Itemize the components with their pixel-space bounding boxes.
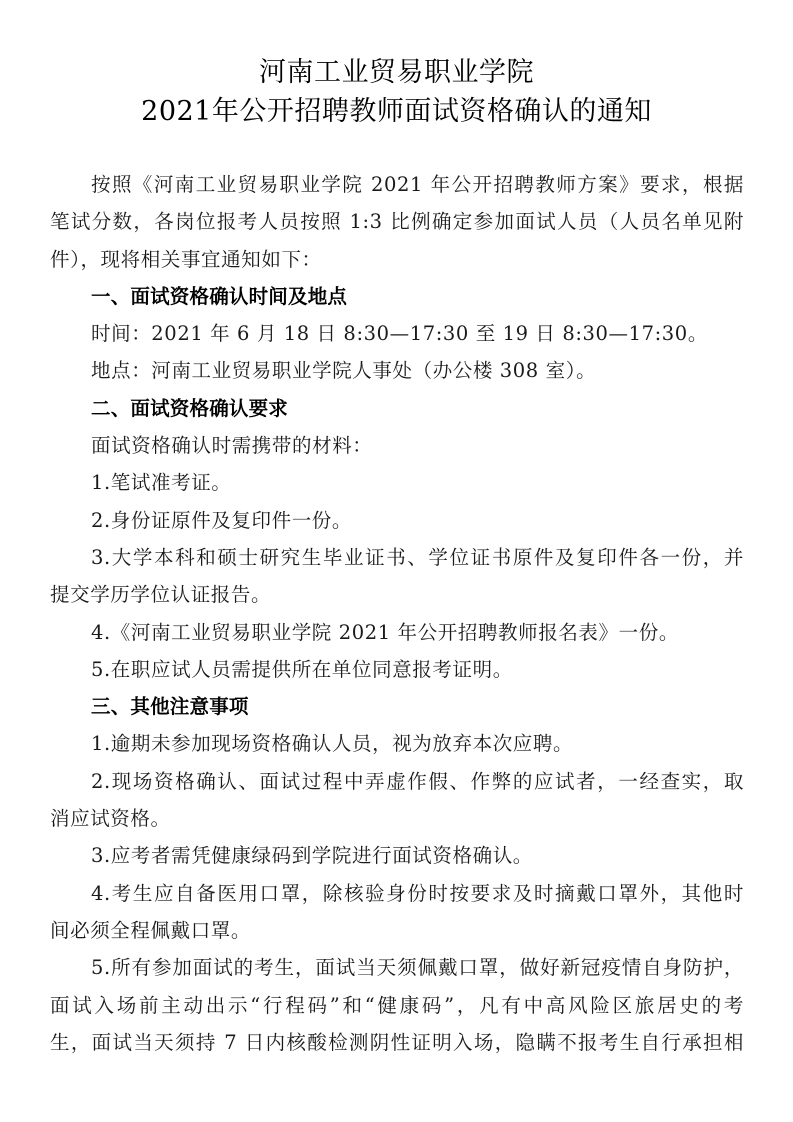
document-title-line2: 2021年公开招聘教师面试资格确认的通知 — [0, 89, 793, 128]
requirement-item: 4.《河南工业贸易职业学院 2021 年公开招聘教师报名表》一份。 — [50, 614, 744, 651]
requirement-item: 2.身份证原件及复印件一份。 — [50, 502, 744, 539]
note-item-continued: 间必须全程佩戴口罩。 — [50, 912, 744, 949]
section-heading-time-place: 一、面试资格确认时间及地点 — [50, 278, 744, 315]
note-item: 4.考生应自备医用口罩，除核验身份时按要求及时摘戴口罩外，其他时 — [50, 875, 744, 912]
intro-paragraph-line: 笔试分数，各岗位报考人员按照 1:3 比例确定参加面试人员（人员名单见附 — [50, 203, 744, 240]
document-page: 河南工业贸易职业学院 2021年公开招聘教师面试资格确认的通知 按照《河南工业贸… — [0, 0, 793, 1122]
section-heading-notes: 三、其他注意事项 — [50, 688, 744, 725]
section-heading-requirements: 二、面试资格确认要求 — [50, 390, 744, 427]
note-item: 1.逾期未参加现场资格确认人员，视为放弃本次应聘。 — [50, 725, 744, 762]
document-body: 按照《河南工业贸易职业学院 2021 年公开招聘教师方案》要求，根据 笔试分数，… — [50, 166, 744, 1061]
note-item: 2.现场资格确认、面试过程中弄虚作假、作弊的应试者，一经查实，取 — [50, 763, 744, 800]
note-item: 3.应考者需凭健康绿码到学院进行面试资格确认。 — [50, 837, 744, 874]
note-item-continued: 生，面试当天须持 7 日内核酸检测阴性证明入场，隐瞒不报考生自行承担相 — [50, 1024, 744, 1061]
requirement-item: 5.在职应试人员需提供所在单位同意报考证明。 — [50, 651, 744, 688]
place-text: 地点：河南工业贸易职业学院人事处（办公楼 308 室）。 — [50, 352, 744, 389]
note-item-continued: 面试入场前主动出示“行程码”和“健康码”，凡有中高风险区旅居史的考 — [50, 987, 744, 1024]
note-item: 5.所有参加面试的考生，面试当天须佩戴口罩，做好新冠疫情自身防护， — [50, 949, 744, 986]
requirements-lead: 面试资格确认时需携带的材料： — [50, 427, 744, 464]
time-text: 时间：2021 年 6 月 18 日 8:30—17:30 至 19 日 8:3… — [50, 315, 744, 352]
note-item-continued: 消应试资格。 — [50, 800, 744, 837]
requirement-item: 3.大学本科和硕士研究生毕业证书、学位证书原件及复印件各一份，并 — [50, 539, 744, 576]
intro-paragraph-line: 按照《河南工业贸易职业学院 2021 年公开招聘教师方案》要求，根据 — [50, 166, 744, 203]
intro-paragraph-line: 件），现将相关事宜通知如下： — [50, 241, 744, 278]
requirement-item: 1.笔试准考证。 — [50, 464, 744, 501]
requirement-item-continued: 提交学历学位认证报告。 — [50, 576, 744, 613]
document-title-line1: 河南工业贸易职业学院 — [0, 50, 793, 89]
